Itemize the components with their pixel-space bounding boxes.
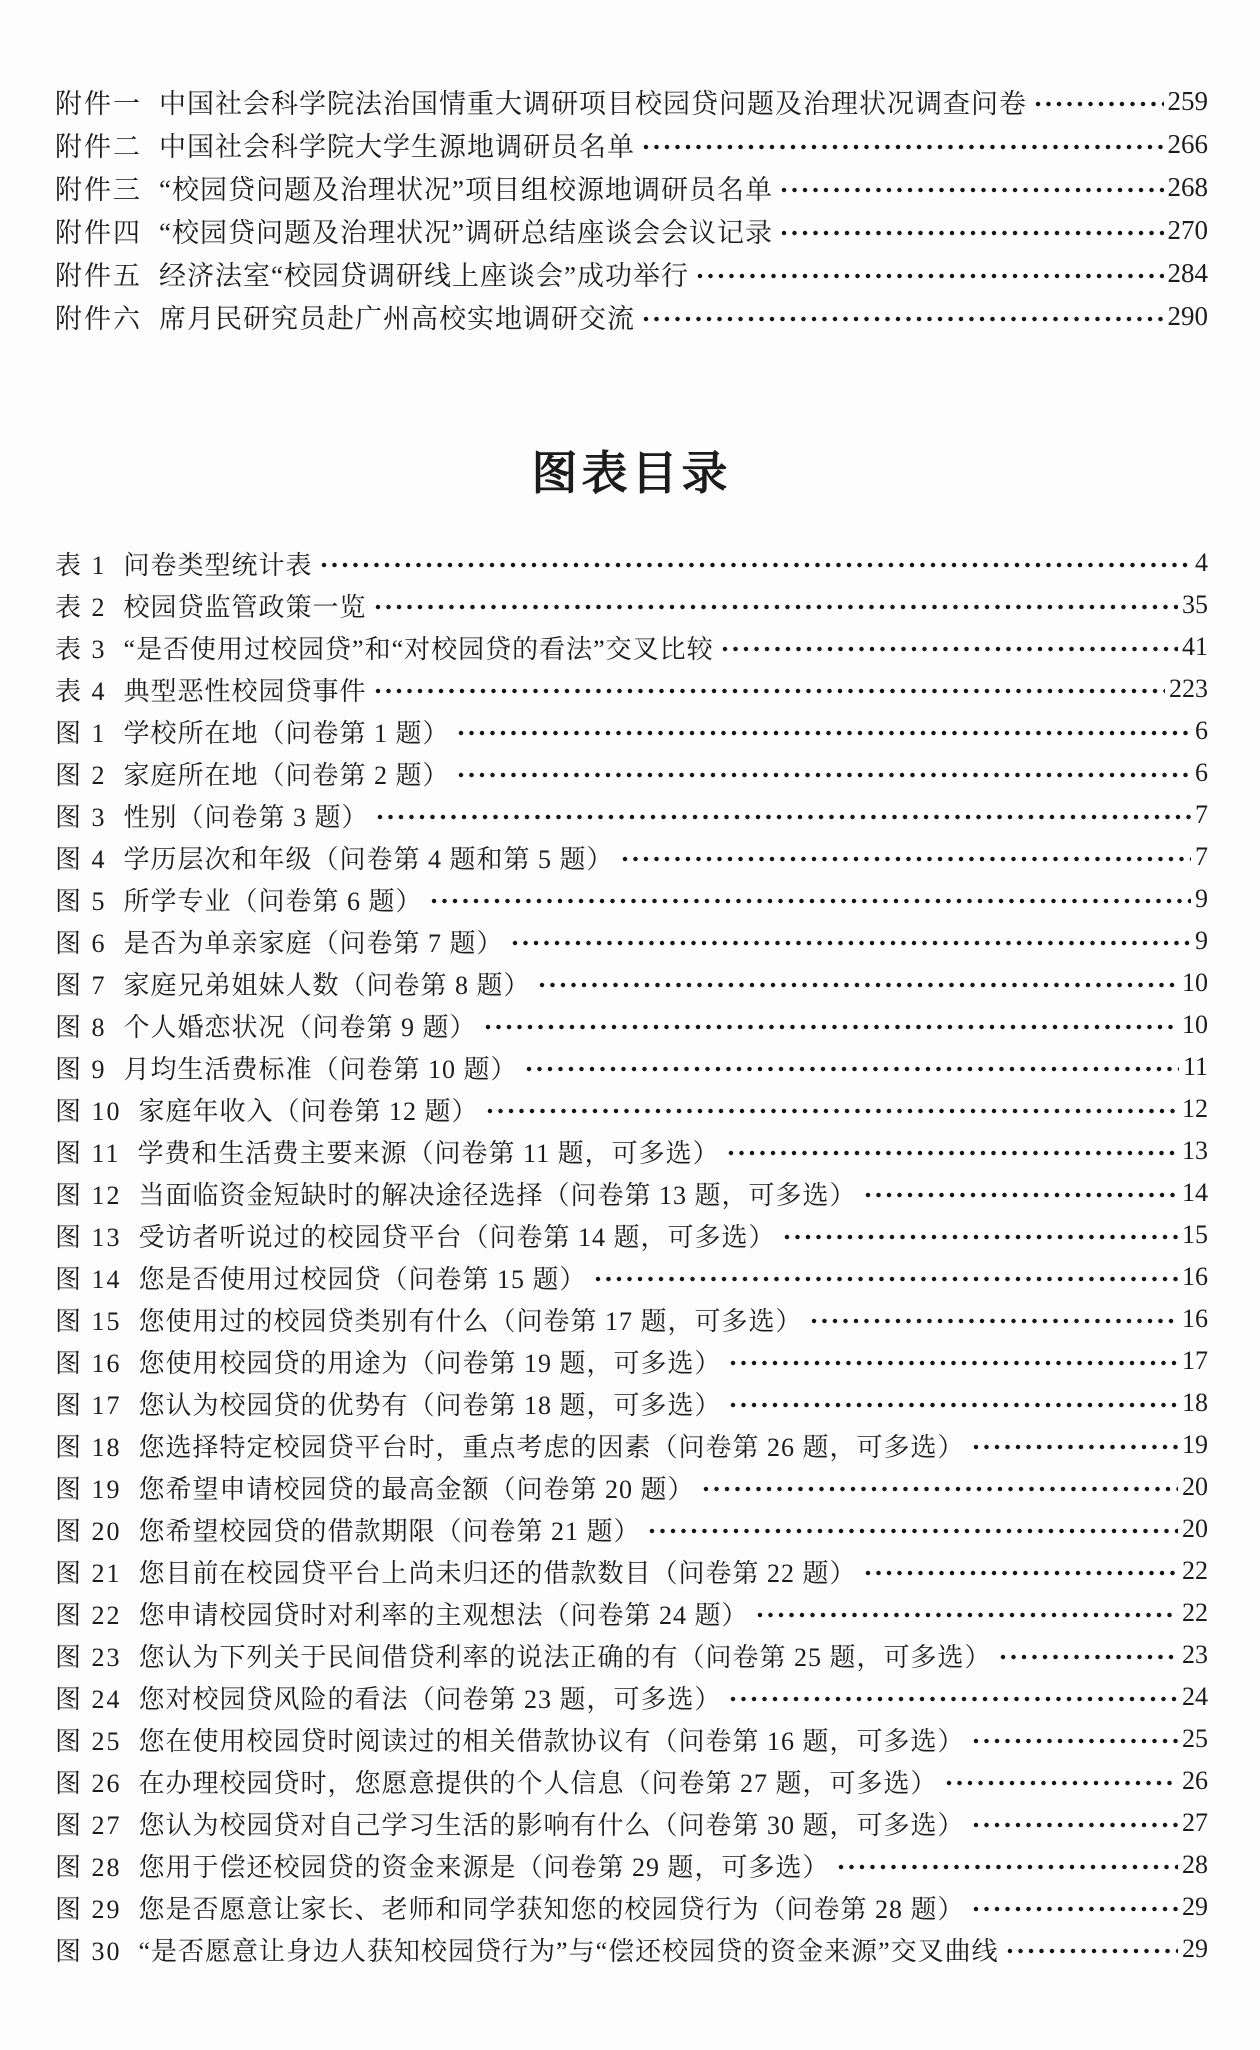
dot-leader: [1007, 1948, 1178, 1954]
entry-title: 在办理校园贷时，您愿意提供的个人信息（问卷第 27 题，可多选）: [139, 1763, 938, 1800]
entry-label: 图 17: [55, 1385, 122, 1422]
entry-title: 您使用过的校园贷类别有什么（问卷第 17 题，可多选）: [139, 1301, 803, 1338]
toc-row: 图 29您是否愿意让家长、老师和同学获知您的校园贷行为（问卷第 28 题）29: [55, 1886, 1208, 1928]
entry-label: 附件四: [55, 211, 142, 250]
entry-title: 您是否愿意让家长、老师和同学获知您的校园贷行为（问卷第 28 题）: [139, 1889, 965, 1926]
entry-label: 图 5: [55, 881, 107, 918]
dot-leader: [973, 1906, 1178, 1912]
dot-leader: [487, 1108, 1178, 1114]
entry-label: 图 27: [55, 1805, 122, 1842]
entry-page-number: 24: [1182, 1682, 1208, 1712]
entry-page-number: 19: [1182, 1430, 1208, 1460]
entry-label: 图 3: [55, 797, 107, 834]
entry-title: “是否使用过校园贷”和“对校园贷的看法”交叉比较: [124, 629, 714, 666]
entry-page-number: 29: [1182, 1934, 1208, 1964]
entry-page-number: 16: [1182, 1262, 1208, 1292]
dot-leader: [781, 230, 1164, 236]
entry-title: 您申请校园贷时对利率的主观想法（问卷第 24 题）: [139, 1595, 749, 1632]
entry-label: 图 12: [55, 1175, 122, 1212]
entry-label: 图 7: [55, 965, 107, 1002]
dot-leader: [526, 1066, 1179, 1072]
entry-page-number: 18: [1182, 1388, 1208, 1418]
entry-page-number: 11: [1183, 1052, 1208, 1082]
entry-page-number: 284: [1168, 258, 1209, 289]
dot-leader: [643, 144, 1164, 150]
toc-row: 图 25您在使用校园贷时阅读过的相关借款协议有（问卷第 16 题，可多选）25: [55, 1718, 1208, 1760]
entry-page-number: 266: [1168, 129, 1209, 160]
entry-page-number: 7: [1195, 800, 1208, 830]
entry-label: 图 20: [55, 1511, 122, 1548]
toc-row: 图 2家庭所在地（问卷第 2 题）6: [55, 752, 1208, 794]
entry-title: 您用于偿还校园贷的资金来源是（问卷第 29 题，可多选）: [139, 1847, 830, 1884]
entry-page-number: 26: [1182, 1766, 1208, 1796]
entry-title: 您在使用校园贷时阅读过的相关借款协议有（问卷第 16 题，可多选）: [139, 1721, 965, 1758]
entry-page-number: 23: [1182, 1640, 1208, 1670]
entry-label: 图 14: [55, 1259, 122, 1296]
entry-title: 学校所在地（问卷第 1 题）: [124, 713, 450, 750]
entry-label: 图 11: [55, 1133, 121, 1170]
dot-leader: [703, 1486, 1178, 1492]
dot-leader: [730, 1402, 1178, 1408]
entry-label: 图 15: [55, 1301, 122, 1338]
entry-label: 图 30: [55, 1931, 122, 1968]
toc-row: 图 21您目前在校园贷平台上尚未归还的借款数目（问卷第 22 题）22: [55, 1550, 1208, 1592]
entry-page-number: 6: [1195, 716, 1208, 746]
entry-page-number: 28: [1182, 1850, 1208, 1880]
toc-row: 图 14您是否使用过校园贷（问卷第 15 题）16: [55, 1256, 1208, 1298]
entry-label: 图 21: [55, 1553, 122, 1590]
entry-title: 您选择特定校园贷平台时，重点考虑的因素（问卷第 26 题，可多选）: [139, 1427, 965, 1464]
dot-leader: [722, 646, 1178, 652]
dot-leader: [811, 1318, 1178, 1324]
entry-page-number: 13: [1182, 1136, 1208, 1166]
toc-row: 图 8个人婚恋状况（问卷第 9 题）10: [55, 1004, 1208, 1046]
entry-title: 您使用校园贷的用途为（问卷第 19 题，可多选）: [139, 1343, 722, 1380]
entry-label: 图 19: [55, 1469, 122, 1506]
entry-title: 您认为校园贷对自己学习生活的影响有什么（问卷第 30 题，可多选）: [139, 1805, 965, 1842]
toc-row: 图 26在办理校园贷时，您愿意提供的个人信息（问卷第 27 题，可多选）26: [55, 1760, 1208, 1802]
entry-label: 附件六: [55, 297, 142, 336]
entry-title: 您希望校园贷的借款期限（问卷第 21 题）: [139, 1511, 641, 1548]
dot-leader: [485, 1024, 1178, 1030]
toc-row: 图 5所学专业（问卷第 6 题）9: [55, 878, 1208, 920]
toc-page: 附件一中国社会科学院法治国情重大调研项目校园贷问题及治理状况调查问卷259附件二…: [0, 0, 1260, 2050]
toc-row: 图 12当面临资金短缺时的解决途径选择（问卷第 13 题，可多选）14: [55, 1172, 1208, 1214]
entry-title: 席月民研究员赴广州高校实地调研交流: [159, 297, 635, 336]
entry-page-number: 12: [1182, 1094, 1208, 1124]
toc-row: 表 1问卷类型统计表4: [55, 542, 1208, 584]
dot-leader: [643, 316, 1164, 322]
entry-title: 月均生活费标准（问卷第 10 题）: [124, 1049, 518, 1086]
entry-page-number: 29: [1182, 1892, 1208, 1922]
entry-page-number: 259: [1168, 86, 1209, 117]
dot-leader: [512, 940, 1191, 946]
entry-page-number: 6: [1195, 758, 1208, 788]
dot-leader: [595, 1276, 1178, 1282]
toc-row: 图 11学费和生活费主要来源（问卷第 11 题，可多选）13: [55, 1130, 1208, 1172]
toc-row: 图 13受访者听说过的校园贷平台（问卷第 14 题，可多选）15: [55, 1214, 1208, 1256]
dot-leader: [728, 1150, 1178, 1156]
entry-title: 您目前在校园贷平台上尚未归还的借款数目（问卷第 22 题）: [139, 1553, 857, 1590]
entry-page-number: 10: [1182, 968, 1208, 998]
figure-table-list: 表 1问卷类型统计表4表 2校园贷监管政策一览35表 3“是否使用过校园贷”和“…: [55, 542, 1208, 1970]
dot-leader: [377, 814, 1191, 820]
dot-leader: [375, 604, 1178, 610]
entry-page-number: 223: [1169, 674, 1208, 704]
entry-title: 受访者听说过的校园贷平台（问卷第 14 题，可多选）: [139, 1217, 776, 1254]
toc-row: 图 16您使用校园贷的用途为（问卷第 19 题，可多选）17: [55, 1340, 1208, 1382]
dot-leader: [622, 856, 1191, 862]
dot-leader: [730, 1696, 1178, 1702]
dot-leader: [865, 1570, 1178, 1576]
entry-label: 表 3: [55, 629, 107, 666]
dot-leader: [697, 273, 1164, 279]
toc-row: 图 10家庭年收入（问卷第 12 题）12: [55, 1088, 1208, 1130]
entry-page-number: 9: [1195, 884, 1208, 914]
dot-leader: [973, 1738, 1178, 1744]
entry-title: 性别（问卷第 3 题）: [124, 797, 369, 834]
entry-title: 您认为校园贷的优势有（问卷第 18 题，可多选）: [139, 1385, 722, 1422]
entry-page-number: 9: [1195, 926, 1208, 956]
dot-leader: [973, 1444, 1178, 1450]
entry-title: “校园贷问题及治理状况”项目组校源地调研员名单: [159, 168, 773, 207]
dot-leader: [321, 562, 1191, 568]
entry-title: 学历层次和年级（问卷第 4 题和第 5 题）: [124, 839, 614, 876]
entry-page-number: 270: [1168, 215, 1209, 246]
toc-row: 图 30“是否愿意让身边人获知校园贷行为”与“偿还校园贷的资金来源”交叉曲线29: [55, 1928, 1208, 1970]
dot-leader: [1035, 101, 1164, 107]
dot-leader: [458, 730, 1191, 736]
entry-title: 您希望申请校园贷的最高金额（问卷第 20 题）: [139, 1469, 695, 1506]
toc-row: 图 17您认为校园贷的优势有（问卷第 18 题，可多选）18: [55, 1382, 1208, 1424]
toc-row: 图 9月均生活费标准（问卷第 10 题）11: [55, 1046, 1208, 1088]
toc-row: 附件二中国社会科学院大学生源地调研员名单266: [55, 123, 1208, 166]
toc-row: 图 19您希望申请校园贷的最高金额（问卷第 20 题）20: [55, 1466, 1208, 1508]
entry-page-number: 17: [1182, 1346, 1208, 1376]
entry-label: 图 1: [55, 713, 107, 750]
entry-label: 图 13: [55, 1217, 122, 1254]
entry-page-number: 22: [1182, 1556, 1208, 1586]
entry-label: 图 22: [55, 1595, 122, 1632]
toc-row: 图 20您希望校园贷的借款期限（问卷第 21 题）20: [55, 1508, 1208, 1550]
entry-title: 典型恶性校园贷事件: [124, 671, 367, 708]
entry-page-number: 22: [1182, 1598, 1208, 1628]
entry-title: 个人婚恋状况（问卷第 9 题）: [124, 1007, 477, 1044]
entry-label: 图 16: [55, 1343, 122, 1380]
entry-label: 表 1: [55, 545, 107, 582]
entry-page-number: 41: [1182, 632, 1208, 662]
entry-label: 图 4: [55, 839, 107, 876]
toc-row: 图 24您对校园贷风险的看法（问卷第 23 题，可多选）24: [55, 1676, 1208, 1718]
entry-page-number: 10: [1182, 1010, 1208, 1040]
toc-row: 图 3性别（问卷第 3 题）7: [55, 794, 1208, 836]
entry-title: “校园贷问题及治理状况”调研总结座谈会会议记录: [159, 211, 773, 250]
dot-leader: [1000, 1654, 1178, 1660]
dot-leader: [784, 1234, 1178, 1240]
entry-page-number: 35: [1182, 590, 1208, 620]
entry-label: 附件一: [55, 82, 142, 121]
dot-leader: [458, 772, 1191, 778]
entry-label: 表 2: [55, 587, 107, 624]
entry-title: 您对校园贷风险的看法（问卷第 23 题，可多选）: [139, 1679, 722, 1716]
dot-leader: [781, 187, 1164, 193]
dot-leader: [431, 898, 1191, 904]
dot-leader: [539, 982, 1178, 988]
entry-page-number: 7: [1195, 842, 1208, 872]
entry-label: 图 6: [55, 923, 107, 960]
entry-label: 图 18: [55, 1427, 122, 1464]
toc-row: 图 23您认为下列关于民间借贷利率的说法正确的有（问卷第 25 题，可多选）23: [55, 1634, 1208, 1676]
toc-row: 图 27您认为校园贷对自己学习生活的影响有什么（问卷第 30 题，可多选）27: [55, 1802, 1208, 1844]
entry-label: 图 2: [55, 755, 107, 792]
toc-row: 图 15您使用过的校园贷类别有什么（问卷第 17 题，可多选）16: [55, 1298, 1208, 1340]
entry-page-number: 290: [1168, 301, 1209, 332]
entry-label: 图 9: [55, 1049, 107, 1086]
entry-page-number: 4: [1195, 548, 1208, 578]
toc-row: 图 22您申请校园贷时对利率的主观想法（问卷第 24 题）22: [55, 1592, 1208, 1634]
toc-row: 图 18您选择特定校园贷平台时，重点考虑的因素（问卷第 26 题，可多选）19: [55, 1424, 1208, 1466]
entry-title: 学费和生活费主要来源（问卷第 11 题，可多选）: [138, 1133, 720, 1170]
entry-label: 图 26: [55, 1763, 122, 1800]
entry-title: 校园贷监管政策一览: [124, 587, 367, 624]
entry-title: 是否为单亲家庭（问卷第 7 题）: [124, 923, 504, 960]
dot-leader: [375, 688, 1165, 694]
entry-label: 图 28: [55, 1847, 122, 1884]
entry-title: 当面临资金短缺时的解决途径选择（问卷第 13 题，可多选）: [139, 1175, 857, 1212]
toc-row: 附件六席月民研究员赴广州高校实地调研交流290: [55, 295, 1208, 338]
entry-label: 图 24: [55, 1679, 122, 1716]
entry-title: 经济法室“校园贷调研线上座谈会”成功举行: [159, 254, 689, 293]
entry-page-number: 14: [1182, 1178, 1208, 1208]
entry-title: “是否愿意让身边人获知校园贷行为”与“偿还校园贷的资金来源”交叉曲线: [139, 1931, 999, 1968]
dot-leader: [649, 1528, 1178, 1534]
entry-page-number: 20: [1182, 1472, 1208, 1502]
toc-row: 图 1学校所在地（问卷第 1 题）6: [55, 710, 1208, 752]
entry-title: 中国社会科学院法治国情重大调研项目校园贷问题及治理状况调查问卷: [159, 82, 1027, 121]
toc-row: 图 28您用于偿还校园贷的资金来源是（问卷第 29 题，可多选）28: [55, 1844, 1208, 1886]
toc-row: 图 4学历层次和年级（问卷第 4 题和第 5 题）7: [55, 836, 1208, 878]
entry-title: 家庭所在地（问卷第 2 题）: [124, 755, 450, 792]
dot-leader: [838, 1864, 1178, 1870]
entry-page-number: 20: [1182, 1514, 1208, 1544]
dot-leader: [730, 1360, 1178, 1366]
toc-row: 图 6是否为单亲家庭（问卷第 7 题）9: [55, 920, 1208, 962]
entry-page-number: 25: [1182, 1724, 1208, 1754]
entry-label: 图 29: [55, 1889, 122, 1926]
entry-title: 所学专业（问卷第 6 题）: [124, 881, 423, 918]
toc-row: 附件一中国社会科学院法治国情重大调研项目校园贷问题及治理状况调查问卷259: [55, 80, 1208, 123]
entry-page-number: 16: [1182, 1304, 1208, 1334]
toc-row: 图 7家庭兄弟姐妹人数（问卷第 8 题）10: [55, 962, 1208, 1004]
dot-leader: [757, 1612, 1178, 1618]
entry-title: 问卷类型统计表: [124, 545, 313, 582]
entry-title: 您是否使用过校园贷（问卷第 15 题）: [139, 1259, 587, 1296]
entry-label: 图 8: [55, 1007, 107, 1044]
entry-label: 附件五: [55, 254, 142, 293]
entry-label: 图 10: [55, 1091, 122, 1128]
entry-title: 您认为下列关于民间借贷利率的说法正确的有（问卷第 25 题，可多选）: [139, 1637, 992, 1674]
toc-row: 表 3“是否使用过校园贷”和“对校园贷的看法”交叉比较41: [55, 626, 1208, 668]
dot-leader: [973, 1822, 1178, 1828]
entry-title: 中国社会科学院大学生源地调研员名单: [159, 125, 635, 164]
entry-title: 家庭兄弟姐妹人数（问卷第 8 题）: [124, 965, 531, 1002]
toc-row: 表 4典型恶性校园贷事件223: [55, 668, 1208, 710]
toc-row: 表 2校园贷监管政策一览35: [55, 584, 1208, 626]
entry-label: 图 23: [55, 1637, 122, 1674]
entry-label: 附件二: [55, 125, 142, 164]
entry-page-number: 268: [1168, 172, 1209, 203]
toc-row: 附件三“校园贷问题及治理状况”项目组校源地调研员名单268: [55, 166, 1208, 209]
dot-leader: [865, 1192, 1178, 1198]
appendix-list: 附件一中国社会科学院法治国情重大调研项目校园贷问题及治理状况调查问卷259附件二…: [55, 80, 1208, 338]
toc-row: 附件五经济法室“校园贷调研线上座谈会”成功举行284: [55, 252, 1208, 295]
entry-page-number: 27: [1182, 1808, 1208, 1838]
toc-row: 附件四“校园贷问题及治理状况”调研总结座谈会会议记录270: [55, 209, 1208, 252]
entry-label: 图 25: [55, 1721, 122, 1758]
dot-leader: [946, 1780, 1178, 1786]
section-title: 图表目录: [55, 450, 1208, 496]
entry-page-number: 15: [1182, 1220, 1208, 1250]
entry-label: 表 4: [55, 671, 107, 708]
entry-label: 附件三: [55, 168, 142, 207]
entry-title: 家庭年收入（问卷第 12 题）: [139, 1091, 479, 1128]
